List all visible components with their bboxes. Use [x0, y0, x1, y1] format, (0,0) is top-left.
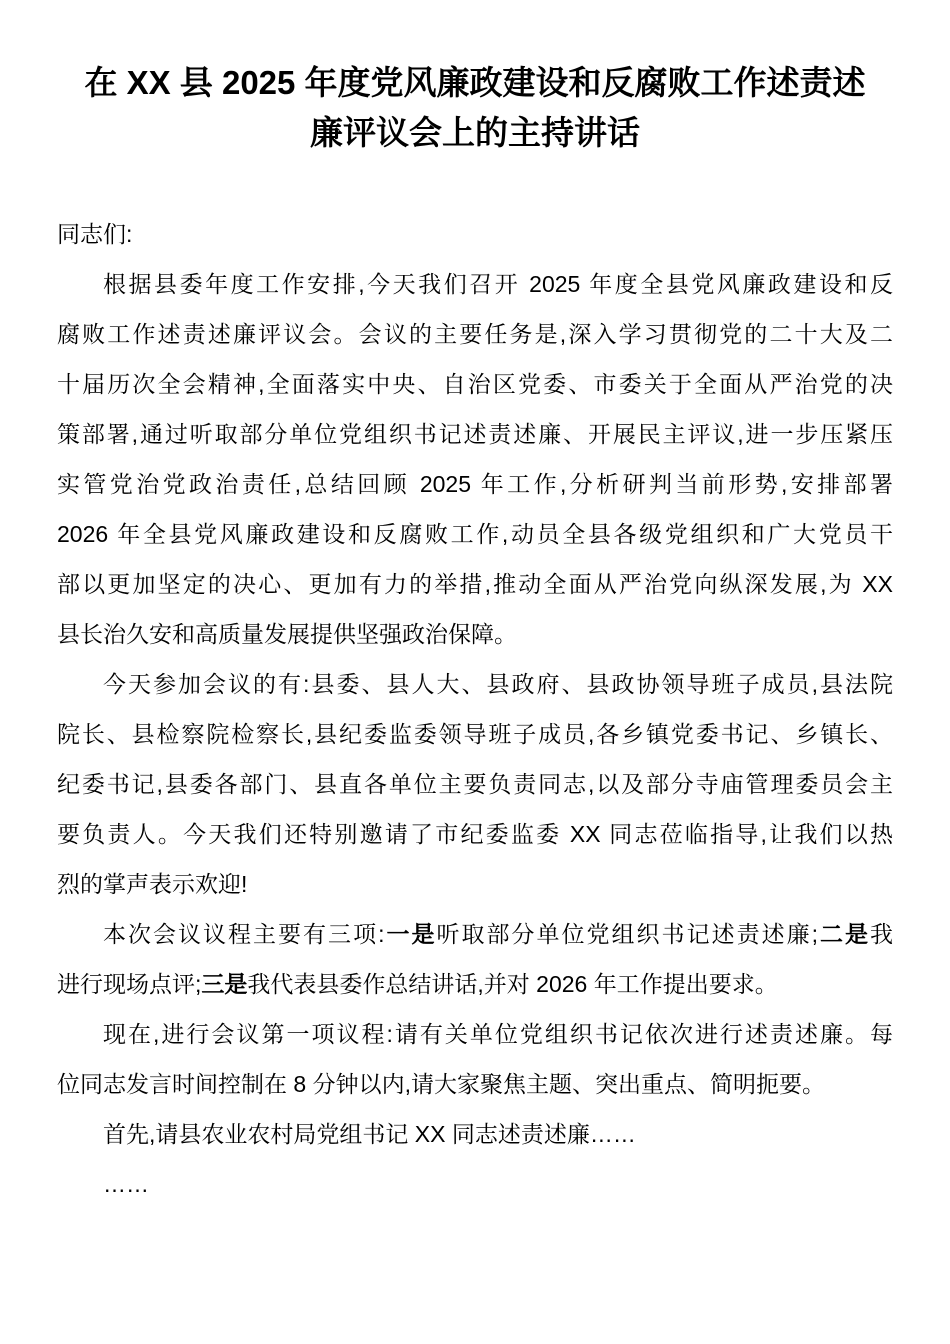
- paragraph: ……: [57, 1159, 893, 1209]
- paragraph: 首先,请县农业农村局党组书记 XX 同志述责述廉……: [57, 1109, 893, 1159]
- text-run: 我代表县委作总结讲话,并对 2026 年工作提出要求。: [247, 971, 777, 997]
- text-line: 腐败工作述责述廉评议会。会议的主要任务是,深入学习贯彻党的二十大及二: [57, 309, 893, 359]
- text-line: 2026 年全县党风廉政建设和反腐败工作,动员全县各级党组织和广大党员干: [57, 509, 893, 559]
- text-run: 首先,请县农业农村局党组书记 XX 同志述责述廉……: [103, 1121, 636, 1147]
- text-line: 位同志发言时间控制在 8 分钟以内,请大家聚焦主题、突出重点、简明扼要。: [57, 1059, 893, 1109]
- text-run: 实管党治党政治责任,总结回顾 2025 年工作,分析研判当前形势,安排部署: [57, 471, 893, 497]
- title-line-2: 廉评议会上的主持讲话: [57, 108, 893, 158]
- text-run: 策部署,通过听取部分单位党组织书记述责述廉、开展民主评议,进一步压紧压: [57, 421, 893, 447]
- text-run: 腐败工作述责述廉评议会。会议的主要任务是,深入学习贯彻党的二十大及二: [57, 321, 893, 347]
- text-run: 现在,进行会议第一项议程:请有关单位党组织书记依次进行述责述廉。每: [103, 1021, 893, 1047]
- text-run: 县长治久安和高质量发展提供坚强政治保障。: [57, 621, 517, 647]
- text-run: 2026 年全县党风廉政建设和反腐败工作,动员全县各级党组织和广大党员干: [57, 521, 893, 547]
- text-line: 部以更加坚定的决心、更加有力的举措,推动全面从严治党向纵深发展,为 XX: [57, 559, 893, 609]
- paragraph: 现在,进行会议第一项议程:请有关单位党组织书记依次进行述责述廉。每位同志发言时间…: [57, 1009, 893, 1109]
- text-run: 根据县委年度工作安排,今天我们召开 2025 年度全县党风廉政建设和反: [103, 271, 893, 297]
- bold-text-run: 一是: [384, 921, 436, 947]
- text-line: 策部署,通过听取部分单位党组织书记述责述廉、开展民主评议,进一步压紧压: [57, 409, 893, 459]
- document-body: 同志们:根据县委年度工作安排,今天我们召开 2025 年度全县党风廉政建设和反腐…: [57, 209, 893, 1209]
- text-run: 十届历次全会精神,全面落实中央、自治区党委、市委关于全面从严治党的决: [57, 371, 893, 397]
- text-run: 纪委书记,县委各部门、县直各单位主要负责同志,以及部分寺庙管理委员会主: [57, 771, 893, 797]
- text-line: 今天参加会议的有:县委、县人大、县政府、县政协领导班子成员,县法院: [57, 659, 893, 709]
- text-run: 今天参加会议的有:县委、县人大、县政府、县政协领导班子成员,县法院: [103, 671, 893, 697]
- text-run: 位同志发言时间控制在 8 分钟以内,请大家聚焦主题、突出重点、简明扼要。: [57, 1071, 825, 1097]
- text-line: 县长治久安和高质量发展提供坚强政治保障。: [57, 609, 893, 659]
- text-run: 听取部分单位党组织书记述责述廉;: [437, 921, 819, 947]
- paragraph: 本次会议议程主要有三项:一是听取部分单位党组织书记述责述廉;二是我进行现场点评;…: [57, 909, 893, 1009]
- text-run: 部以更加坚定的决心、更加有力的举措,推动全面从严治党向纵深发展,为 XX: [57, 571, 893, 597]
- text-line: 十届历次全会精神,全面落实中央、自治区党委、市委关于全面从严治党的决: [57, 359, 893, 409]
- text-line: 要负责人。今天我们还特别邀请了市纪委监委 XX 同志莅临指导,让我们以热: [57, 809, 893, 859]
- title-line-1: 在 XX 县 2025 年度党风廉政建设和反腐败工作述责述: [57, 58, 893, 108]
- document-page: 在 XX 县 2025 年度党风廉政建设和反腐败工作述责述 廉评议会上的主持讲话…: [0, 0, 950, 1344]
- paragraph: 同志们:: [57, 209, 893, 259]
- text-line: 烈的掌声表示欢迎!: [57, 859, 893, 909]
- text-run: 烈的掌声表示欢迎!: [57, 871, 247, 897]
- text-run: 院长、县检察院检察长,县纪委监委领导班子成员,各乡镇党委书记、乡镇长、: [57, 721, 893, 747]
- paragraph: 根据县委年度工作安排,今天我们召开 2025 年度全县党风廉政建设和反腐败工作述…: [57, 259, 893, 659]
- text-line: 现在,进行会议第一项议程:请有关单位党组织书记依次进行述责述廉。每: [57, 1009, 893, 1059]
- text-line: ……: [57, 1159, 893, 1209]
- document-title: 在 XX 县 2025 年度党风廉政建设和反腐败工作述责述 廉评议会上的主持讲话: [57, 58, 893, 158]
- paragraph: 今天参加会议的有:县委、县人大、县政府、县政协领导班子成员,县法院院长、县检察院…: [57, 659, 893, 909]
- bold-text-run: 三是: [201, 971, 247, 997]
- text-run: 本次会议议程主要有三项:: [103, 921, 384, 947]
- text-run: ……: [103, 1171, 149, 1197]
- text-line: 首先,请县农业农村局党组书记 XX 同志述责述廉……: [57, 1109, 893, 1159]
- text-line: 进行现场点评;三是我代表县委作总结讲话,并对 2026 年工作提出要求。: [57, 959, 893, 1009]
- text-line: 同志们:: [57, 209, 893, 259]
- text-line: 根据县委年度工作安排,今天我们召开 2025 年度全县党风廉政建设和反: [57, 259, 893, 309]
- text-line: 纪委书记,县委各部门、县直各单位主要负责同志,以及部分寺庙管理委员会主: [57, 759, 893, 809]
- text-run: 我: [870, 921, 893, 947]
- text-run: 同志们:: [57, 221, 132, 247]
- text-line: 院长、县检察院检察长,县纪委监委领导班子成员,各乡镇党委书记、乡镇长、: [57, 709, 893, 759]
- text-line: 实管党治党政治责任,总结回顾 2025 年工作,分析研判当前形势,安排部署: [57, 459, 893, 509]
- text-line: 本次会议议程主要有三项:一是听取部分单位党组织书记述责述廉;二是我: [57, 909, 893, 959]
- text-run: 要负责人。今天我们还特别邀请了市纪委监委 XX 同志莅临指导,让我们以热: [57, 821, 893, 847]
- bold-text-run: 二是: [818, 921, 870, 947]
- text-run: 进行现场点评;: [57, 971, 201, 997]
